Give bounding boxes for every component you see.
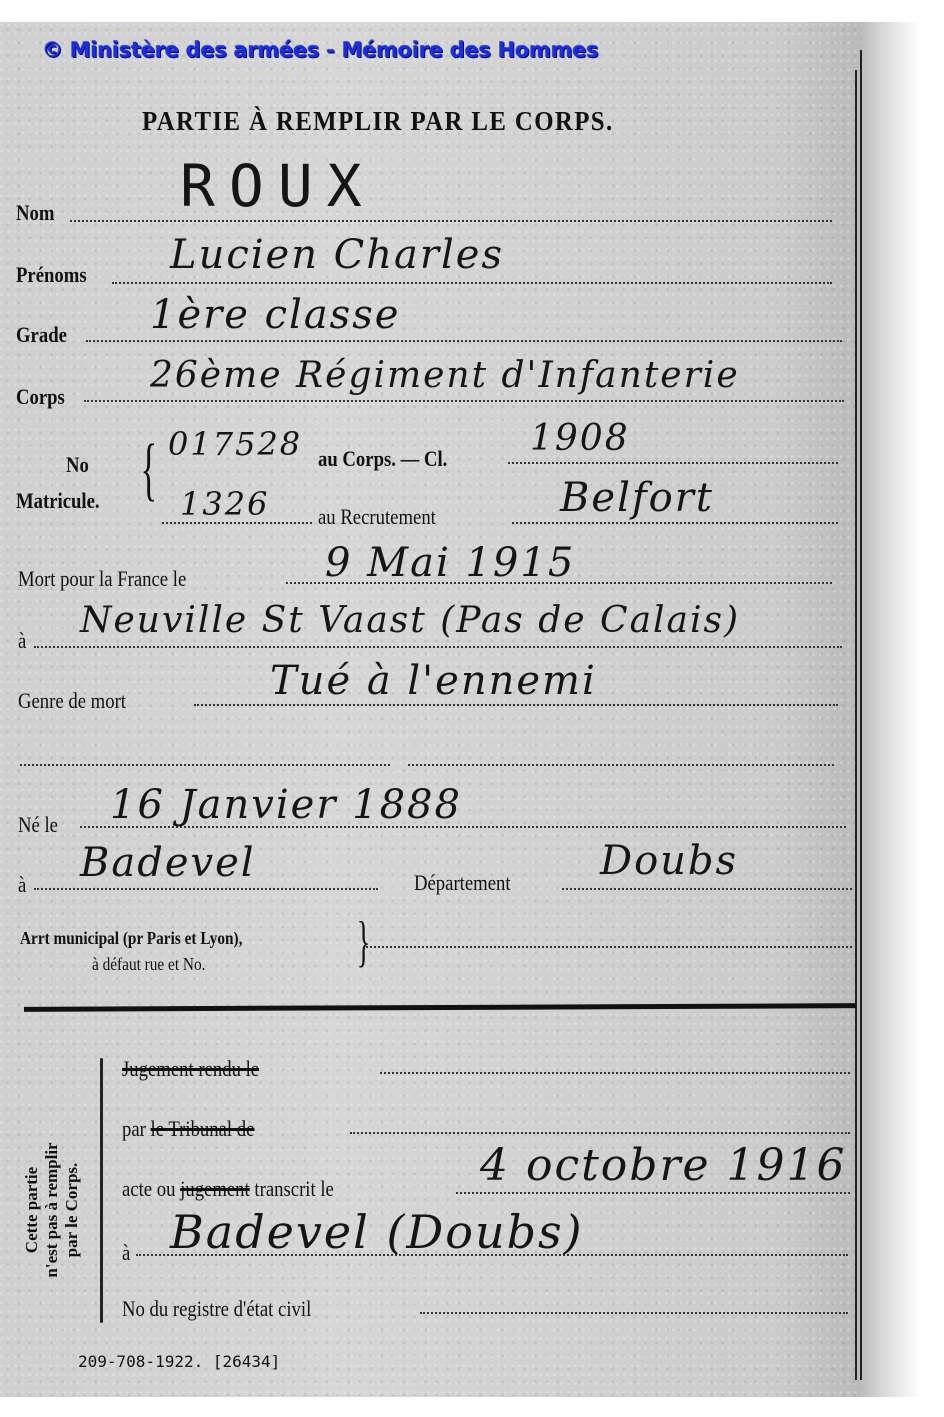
registre-line bbox=[420, 1312, 848, 1314]
corps-value: 26ème Régiment d'Infanterie bbox=[150, 355, 740, 396]
departement-label: Département bbox=[414, 870, 511, 896]
prenoms-line bbox=[112, 282, 832, 284]
corps-label: Corps bbox=[16, 384, 65, 410]
mort-le-label: Mort pour la France le bbox=[18, 566, 186, 592]
transcrit-struck: jugement bbox=[180, 1176, 250, 1201]
matricule-brace: { bbox=[140, 430, 157, 510]
ne-le-value: 16 Janvier 1888 bbox=[110, 782, 462, 828]
registre-label: No du registre d'état civil bbox=[122, 1296, 311, 1322]
blank-line-right bbox=[408, 764, 834, 766]
grade-line bbox=[86, 340, 842, 342]
recrutement-value: Belfort bbox=[560, 475, 714, 521]
recrutement-label: au Recrutement bbox=[318, 504, 436, 530]
classe-value: 1908 bbox=[530, 418, 630, 459]
side-note: Cette partie n'est pas à remplir par le … bbox=[22, 1080, 82, 1340]
genre-mort-line bbox=[194, 704, 838, 706]
transcrit-prefix: acte ou bbox=[122, 1176, 175, 1201]
matricule-label-no: No bbox=[66, 452, 89, 478]
prenoms-value: Lucien Charles bbox=[170, 232, 504, 278]
ne-le-label: Né le bbox=[18, 812, 58, 838]
arrondissement-brace: } bbox=[357, 910, 370, 974]
transcrit-line bbox=[456, 1192, 850, 1194]
recrutement-line bbox=[512, 522, 838, 524]
corps-line bbox=[84, 400, 844, 402]
departement-value: Doubs bbox=[600, 838, 738, 884]
matricule-corps-number: 017528 bbox=[168, 425, 302, 463]
transcrit-a-label: à bbox=[122, 1240, 130, 1266]
mort-a-value: Neuville St Vaast (Pas de Calais) bbox=[80, 600, 740, 641]
transcrit-value: 4 octobre 1916 bbox=[480, 1140, 847, 1191]
au-corps-label: au Corps. — Cl. bbox=[318, 446, 447, 472]
ne-a-value: Badevel bbox=[80, 840, 256, 886]
page-edge bbox=[862, 22, 922, 1397]
classe-line bbox=[508, 462, 838, 464]
genre-mort-value: Tué à l'ennemi bbox=[270, 658, 597, 704]
jugement-label-text: Jugement rendu le bbox=[122, 1056, 259, 1081]
side-note-line-1: Cette partie bbox=[22, 1080, 42, 1340]
grade-label: Grade bbox=[16, 322, 67, 348]
arrondissement-label: Arrt municipal (pr Paris et Lyon), bbox=[20, 928, 242, 949]
side-note-line-3: par le Corps. bbox=[62, 1080, 82, 1340]
lower-section-brace bbox=[100, 1058, 103, 1323]
prenoms-label: Prénoms bbox=[16, 262, 87, 288]
mort-le-value: 9 Mai 1915 bbox=[325, 540, 575, 586]
form-title: PARTIE À REMPLIR PAR LE CORPS. bbox=[142, 106, 614, 137]
copyright-watermark: © Ministère des armées - Mémoire des Hom… bbox=[42, 38, 598, 62]
tribunal-line bbox=[350, 1132, 850, 1134]
recrutement-number: 1326 bbox=[180, 485, 269, 523]
print-reference: 209-708-1922. [26434] bbox=[78, 1352, 280, 1371]
transcrit-suffix: transcrit le bbox=[254, 1176, 333, 1201]
nom-label: Nom bbox=[16, 200, 54, 226]
blank-line-left bbox=[20, 764, 390, 766]
tribunal-prefix: par bbox=[122, 1116, 146, 1141]
jugement-label: Jugement rendu le bbox=[122, 1056, 259, 1082]
tribunal-label: par le Tribunal de bbox=[122, 1116, 254, 1142]
ne-a-label: à bbox=[18, 872, 26, 898]
nom-value: ROUX bbox=[180, 152, 376, 220]
arrondissement-line bbox=[366, 946, 852, 948]
grade-value: 1ère classe bbox=[150, 292, 400, 338]
mort-a-label: à bbox=[18, 628, 26, 654]
transcrit-a-value: Badevel (Doubs) bbox=[170, 1205, 584, 1259]
tribunal-struck: le Tribunal de bbox=[151, 1116, 255, 1141]
genre-mort-label: Genre de mort bbox=[18, 688, 126, 714]
ne-a-line bbox=[34, 888, 378, 890]
mort-a-line bbox=[34, 646, 842, 648]
transcrit-label: acte ou jugement transcrit le bbox=[122, 1176, 334, 1202]
right-border-line bbox=[855, 70, 857, 1380]
matricule-label: Matricule. bbox=[16, 488, 100, 514]
side-note-line-2: n'est pas à remplir bbox=[42, 1080, 62, 1340]
right-border-line-outer bbox=[860, 50, 862, 1380]
nom-line bbox=[70, 220, 832, 222]
departement-line bbox=[562, 888, 852, 890]
jugement-line bbox=[380, 1072, 850, 1074]
arrondissement-label-2: à défaut rue et No. bbox=[92, 954, 205, 975]
